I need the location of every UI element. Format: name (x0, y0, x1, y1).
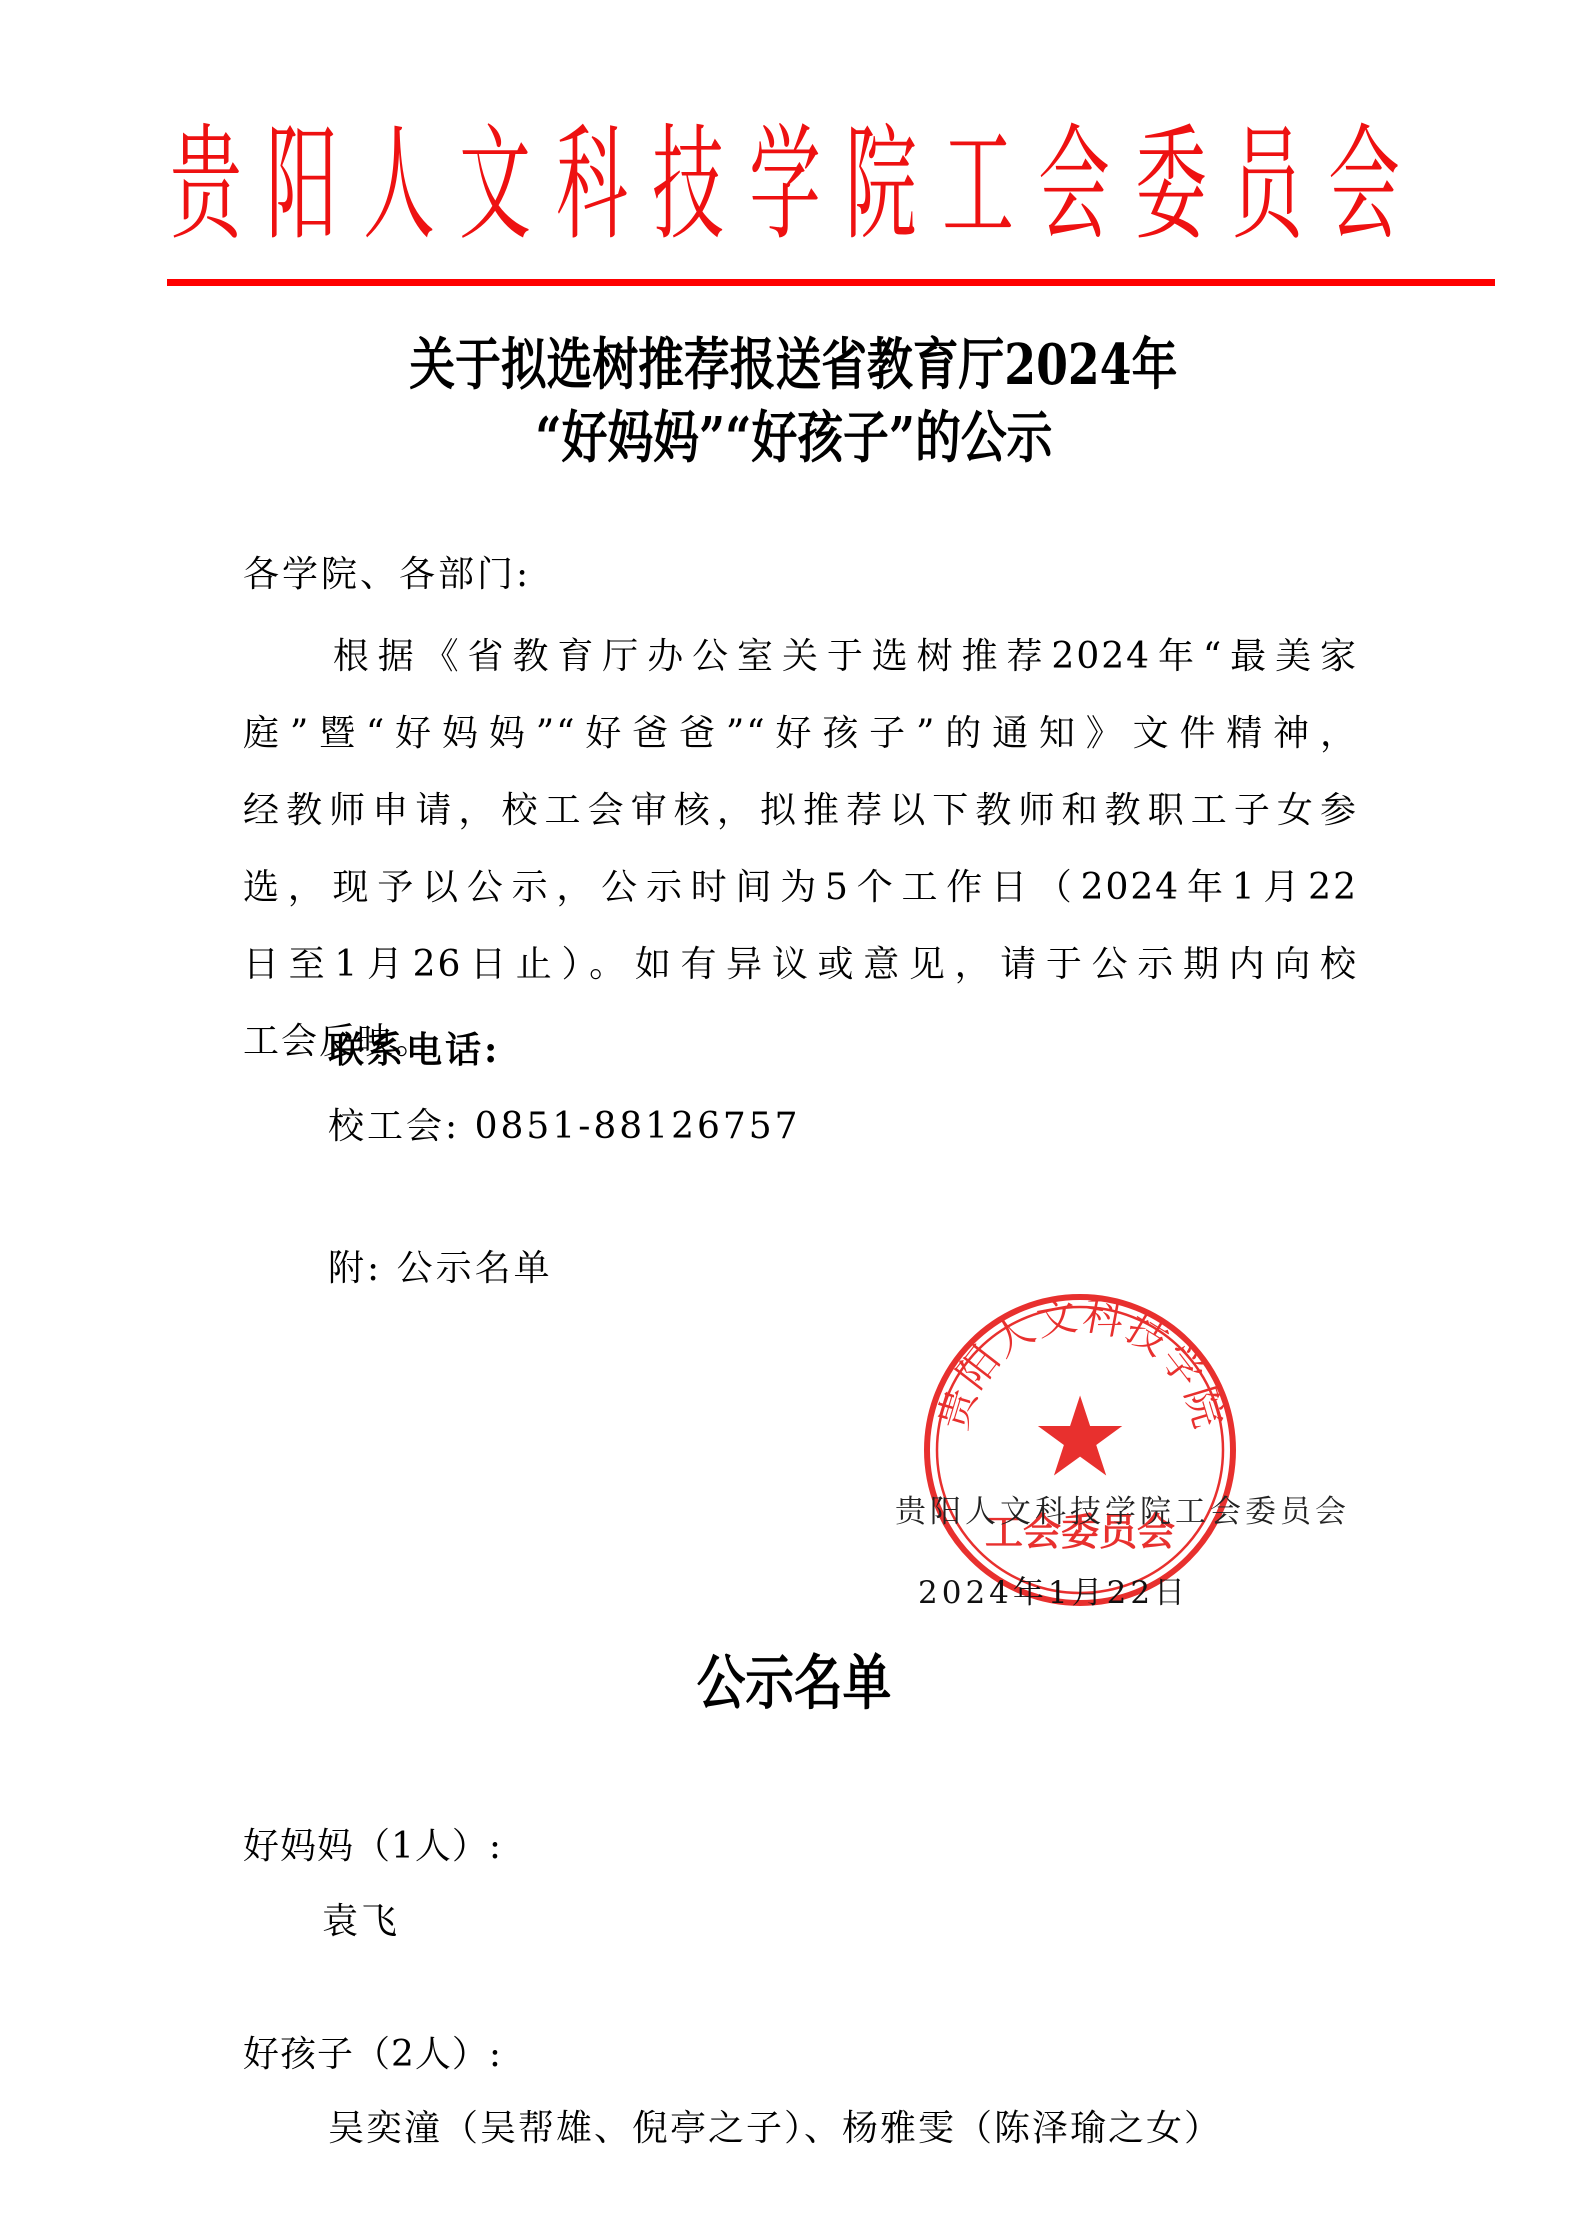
letterhead-org-name: 贵 阳 人 文 科 技 学 院 工 会 委 员 会 (160, 74, 1410, 277)
letterhead-char: 员 (1231, 86, 1303, 264)
contact-label: 联系电话: (328, 1022, 500, 1073)
body-line: 根据《省教育厅办公室关于选树推荐2024年“最美家 (243, 618, 1358, 695)
svg-text:★: ★ (1031, 1373, 1130, 1501)
letterhead-char: 学 (749, 86, 821, 264)
letterhead-char: 会 (1328, 86, 1400, 264)
letterhead-char: 科 (556, 86, 628, 264)
letterhead-char: 工 (942, 86, 1014, 264)
section-entries-good-child: 吴奕潼（吴帮雄、倪亭之子）、杨雅雯（陈泽瑜之女） (328, 2100, 1222, 2151)
letterhead-char: 会 (1038, 86, 1110, 264)
body-line: 选，现予以公示，公示时间为5个工作日（2024年1月22 (243, 849, 1358, 926)
section-entries-good-mother: 袁飞 (322, 1893, 400, 1944)
letterhead-char: 贵 (170, 86, 242, 264)
document-title-line-1: 关于拟选树推荐报送省教育厅2024年 (0, 322, 1587, 397)
official-seal-icon: 贵阳人文科技学院 ★ 工会委员会 (920, 1290, 1240, 1610)
letterhead-divider (167, 279, 1495, 286)
list-title: 公示名单 (0, 1640, 1587, 1717)
letterhead-char: 院 (846, 86, 918, 264)
attachment-note: 附: 公示名单 (328, 1240, 553, 1291)
body-paragraph: 根据《省教育厅办公室关于选树推荐2024年“最美家 庭”暨“好妈妈”“好爸爸”“… (243, 618, 1358, 1080)
body-line: 庭”暨“好妈妈”“好爸爸”“好孩子”的通知》文件精神， (243, 695, 1358, 772)
body-line: 经教师申请，校工会审核，拟推荐以下教师和教职工子女参 (243, 772, 1358, 849)
letterhead-char: 阳 (267, 86, 339, 264)
salutation: 各学院、各部门: (243, 546, 531, 597)
letterhead-char: 技 (653, 86, 725, 264)
letterhead-char: 文 (460, 86, 532, 264)
document-title-line-2: “好妈妈”“好孩子”的公示 (0, 395, 1587, 470)
document-page: 贵 阳 人 文 科 技 学 院 工 会 委 员 会 关于拟选树推荐报送省教育厅2… (0, 0, 1587, 2226)
section-heading-good-child: 好孩子（2人）: (243, 2026, 502, 2077)
section-heading-good-mother: 好妈妈（1人）: (243, 1818, 502, 1869)
contact-phone: 校工会: 0851-88126757 (328, 1098, 801, 1149)
signature-date: 2024年1月22日 (918, 1567, 1338, 1612)
body-line: 日至1月26日止）。如有异议或意见，请于公示期内向校 (243, 926, 1358, 1003)
signature-organization: 贵阳人文科技学院工会委员会 (870, 1486, 1350, 1531)
letterhead-char: 委 (1135, 86, 1207, 264)
letterhead-char: 人 (363, 86, 435, 264)
